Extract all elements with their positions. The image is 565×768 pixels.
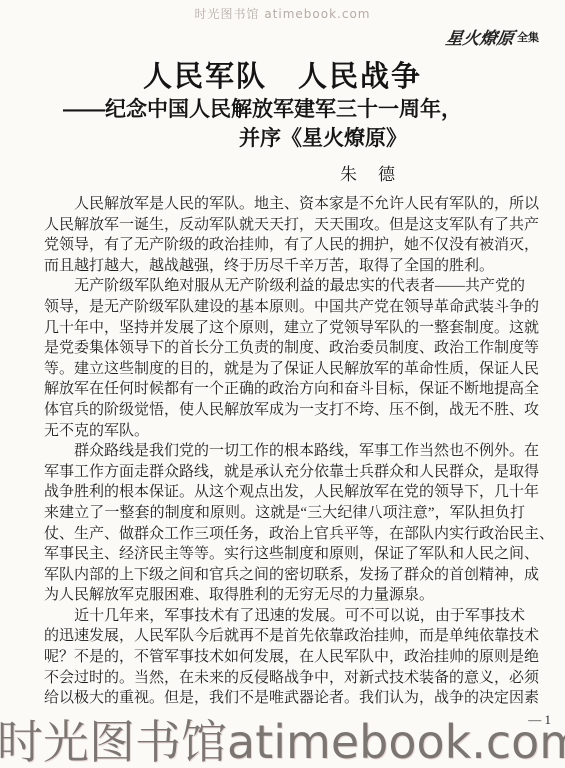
body-line: 无不克的军队。 [44,421,525,442]
article-title: 人民军队 人民战争 [0,54,565,95]
body-line: 军事民主、经济民主等等。实行这些制度和原则，保证了军队和人民之间、 [44,544,525,565]
body-line: 体官兵的阶级觉悟，使人民解放军成为一支打不垮、压不倒，战无不胜、攻 [44,400,525,421]
body-line: 无产阶级军队绝对服从无产阶级利益的最忠实的代表者——共产党的 [44,276,525,297]
body-line: 群众路线是我们党的一切工作的根本路线，军事工作当然也不例外。在 [44,441,525,462]
body-line: 不会过时的。当然，在未来的反侵略战争中，对新式技术装备的意义，必须 [44,668,525,689]
body-line: 仗、生产、做群众工作三项任务，政治上官兵平等，在部队内实行政治民主、 [44,524,525,545]
series-stamp-suffix: 全集 [517,32,539,44]
article-body: 人民解放军是人民的军队。地主、资本家是不允许人民有军队的，所以人民解放军一诞生，… [44,194,525,709]
body-line: 人民解放军一诞生，反动军队就天天打，天天围攻。但是这支军队有了共产 [44,215,525,236]
body-line: 是党委集体领导下的首长分工负责的制度、政治委员制度、政治工作制度等 [44,338,525,359]
body-line: 为人民解放军克服困难、取得胜利的无穷无尽的力量源泉。 [44,585,525,606]
body-line: 给以极大的重视。但是，我们不是唯武器论者。我们认为，战争的决定因素 [44,688,525,709]
subtitle-line-1: ——纪念中国人民解放军建军三十一周年， [0,95,525,124]
body-line: 军队内部的上下级之间和官兵之间的密切联系，发扬了群众的首创精神，成 [44,565,525,586]
body-line: 来建立了一整套的制度和原则。这就是“三大纪律八项注意”，军队担负打 [44,503,525,524]
page-number: — 1 [528,712,551,728]
body-line: 近十几年来，军事技术有了迅速的发展。可不可以说，由于军事技术 [44,606,525,627]
series-stamp-calligraphy: 星火燎原 [444,24,516,49]
body-line: 战争胜利的根本保证。从这个观点出发，人民解放军在党的领导下，几十年 [44,482,525,503]
body-line: 几十年中，坚持并发展了这个原则，建立了党领导军队的一整套制度。这就 [44,318,525,339]
series-stamp: 星火燎原全集 [446,24,539,49]
book-page: 时光图书馆 atimebook.com 星火燎原全集 人民军队 人民战争 ——纪… [0,0,565,768]
body-line: 的迅速发展，人民军队今后就再不是首先依靠政治挂帅，而是单纯依靠技术 [44,626,525,647]
subtitle-line-2: 并序《星火燎原》 [0,124,525,153]
body-line: 人民解放军是人民的军队。地主、资本家是不允许人民有军队的，所以 [44,194,525,215]
author-name: 朱 德 [0,160,565,185]
body-line: 军事工作方面走群众路线，就是承认充分依靠士兵群众和人民群众，是取得 [44,462,525,483]
body-line: 领导，是无产阶级军队建设的基本原则。中国共产党在领导革命武装斗争的 [44,297,525,318]
body-line: 呢？不是的，不管军事技术如何发展，在人民军队中，政治挂帅的原则是绝 [44,647,525,668]
body-line: 等。建立这些制度的目的，就是为了保证人民解放军的革命性质，保证人民 [44,359,525,380]
body-line: 而且越打越大，越战越强，终于历尽千辛万苦，取得了全国的胜利。 [44,256,525,277]
watermark-bottom: 时光图书馆atimebook.com [0,719,565,765]
watermark-top: 时光图书馆 atimebook.com [0,5,565,22]
body-line: 解放军在任何时候都有一个正确的政治方向和奋斗目标，保证不断地提高全 [44,379,525,400]
body-line: 党领导，有了无产阶级的政治挂帅，有了人民的拥护，她不仅没有被消灭， [44,235,525,256]
article-subtitle: ——纪念中国人民解放军建军三十一周年， 并序《星火燎原》 [0,95,525,153]
